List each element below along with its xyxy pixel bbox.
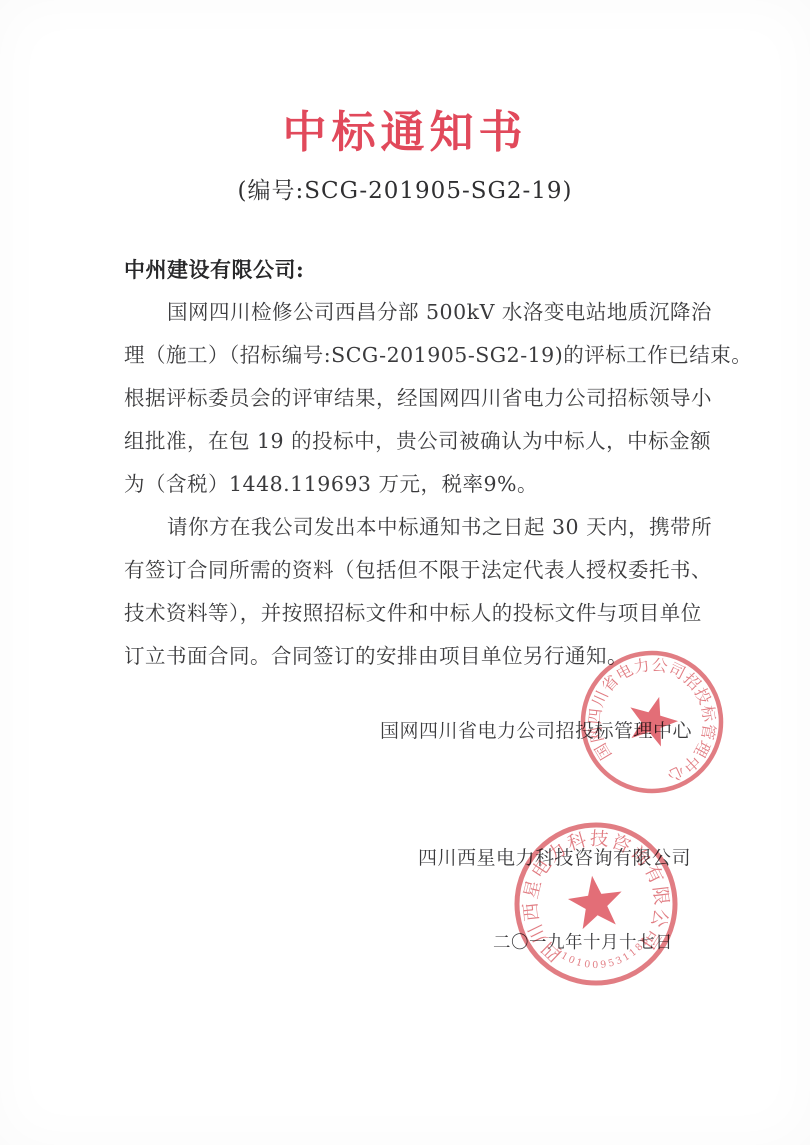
body-line: 为（含税）1448.119693 万元，税率9%。	[124, 463, 710, 506]
star-icon	[565, 872, 626, 931]
addressee-line: 中州建设有限公司:	[124, 248, 710, 291]
star-icon	[622, 690, 683, 749]
body-line: 理（施工）（招标编号:SCG-201905-SG2-19)的评标工作已结束。	[124, 334, 710, 377]
body-line: 根据评标委员会的评审结果，经国网四川省电力公司招标领导小	[124, 377, 710, 420]
scanned-document-page: 中标通知书 (编号:SCG-201905-SG2-19) 中州建设有限公司: 国…	[0, 0, 810, 1145]
document-number: (编号:SCG-201905-SG2-19)	[0, 172, 810, 205]
body-line: 技术资料等），并按照招标文件和中标人的投标文件与项目单位	[124, 592, 710, 635]
document-body: 中州建设有限公司: 国网四川检修公司西昌分部 500kV 水洛变电站地质沉降治 …	[124, 248, 710, 678]
company-seal-stamp: 四川西星电力科技咨询有限公司 5101009531183	[499, 807, 693, 1001]
body-line: 有签订合同所需的资料（包括但不限于法定代表人授权委托书、	[124, 549, 710, 592]
document-title: 中标通知书	[0, 96, 810, 160]
body-line: 国网四川检修公司西昌分部 500kV 水洛变电站地质沉降治	[124, 291, 710, 334]
body-line: 请你方在我公司发出本中标通知书之日起 30 天内，携带所	[124, 506, 710, 549]
body-line: 组批准，在包 19 的投标中，贵公司被确认为中标人，中标金额	[124, 420, 710, 463]
